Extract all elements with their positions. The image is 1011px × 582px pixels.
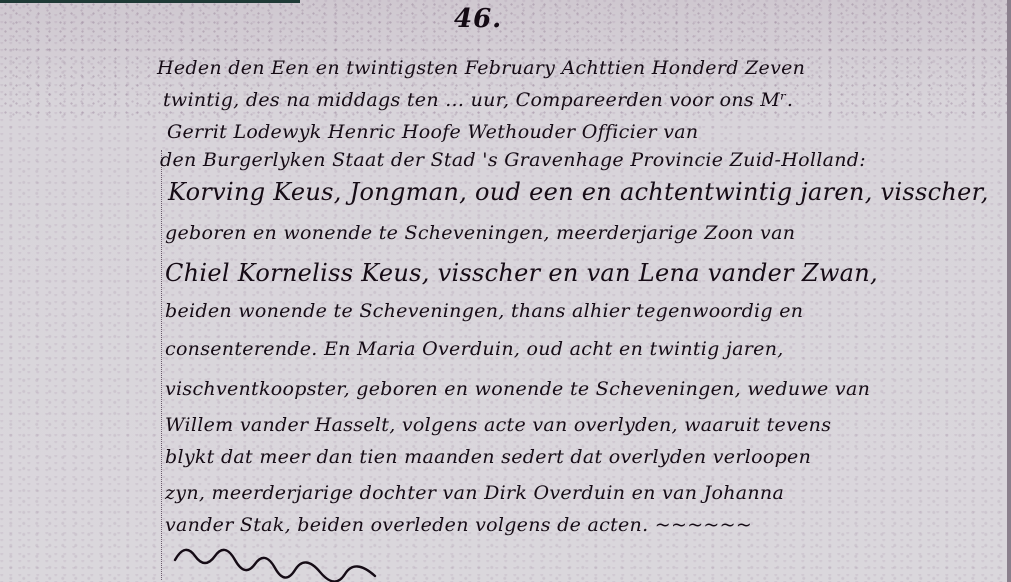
record-line-5: Korving Keus, Jongman, oud een en achten…: [168, 178, 989, 206]
closing-flourish: [170, 540, 400, 582]
record-line-9: consenterende. En Maria Overduin, oud ac…: [165, 338, 784, 360]
record-line-8: beiden wonende te Scheveningen, thans al…: [165, 300, 803, 322]
record-line-13: zyn, meerderjarige dochter van Dirk Over…: [165, 482, 784, 504]
record-line-4: den Burgerlyken Staat der Stad 's Graven…: [160, 149, 866, 171]
margin-rule: [161, 150, 162, 580]
scan-top-edge: [0, 0, 300, 3]
record-line-12: blykt dat meer dan tien maanden sedert d…: [165, 446, 811, 468]
record-line-10: vischventkoopster, geboren en wonende te…: [165, 378, 870, 400]
record-line-1: Heden den Een en twintigsten February Ac…: [157, 57, 805, 79]
document-page: 46. Heden den Een en twintigsten Februar…: [0, 0, 1011, 582]
page-number: 46.: [454, 4, 502, 34]
record-line-7: Chiel Korneliss Keus, visscher en van Le…: [165, 259, 878, 287]
record-line-3: Gerrit Lodewyk Henric Hoofe Wethouder Of…: [167, 121, 698, 143]
record-line-6: geboren en wonende te Scheveningen, meer…: [165, 222, 795, 244]
record-line-2: twintig, des na middags ten ... uur, Com…: [163, 89, 793, 111]
record-line-11: Willem vander Hasselt, volgens acte van …: [165, 414, 831, 436]
scan-right-edge: [1007, 0, 1011, 582]
record-line-14: vander Stak, beiden overleden volgens de…: [165, 514, 752, 536]
